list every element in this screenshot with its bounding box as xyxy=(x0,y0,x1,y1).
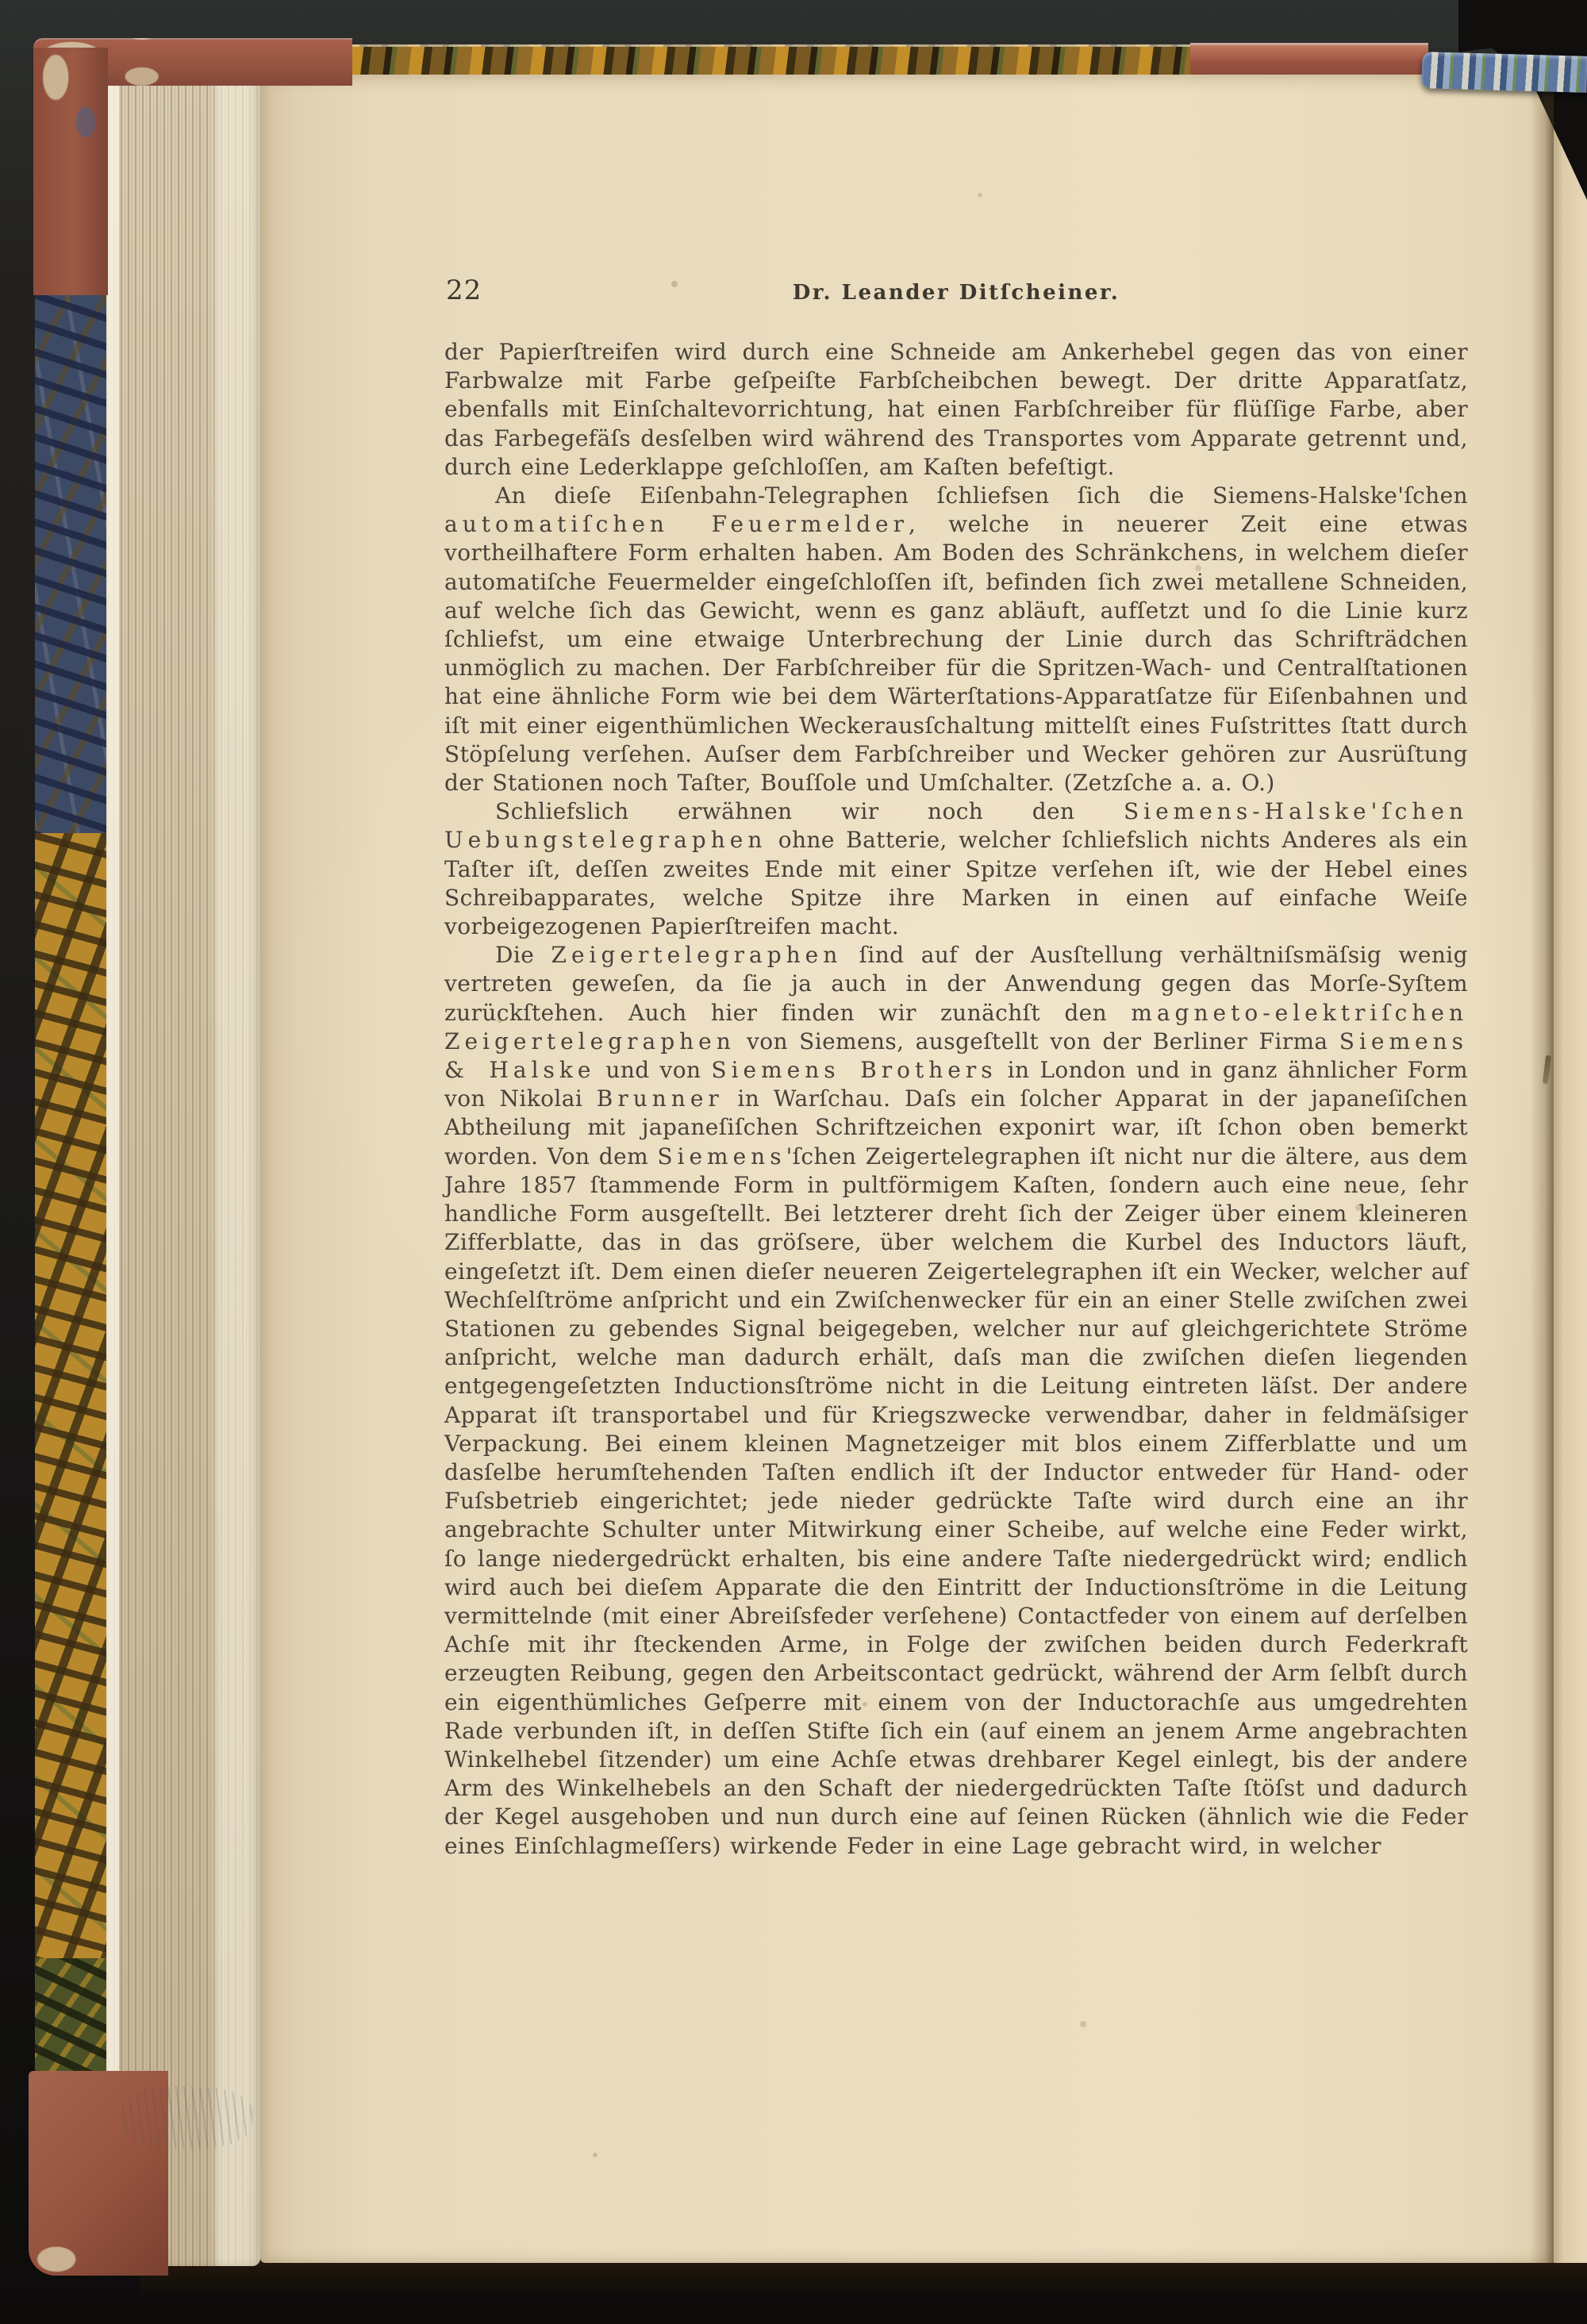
text-run: von Siemens, ausgeſtellt von der Berline… xyxy=(736,1028,1339,1054)
paragraph: An dieſe Eiſenbahn-Telegraphen ſchliefse… xyxy=(444,482,1468,797)
printed-page-content: 22 Dr. Leander Ditſcheiner. der Papierſt… xyxy=(444,275,1468,1861)
spine-headband xyxy=(1421,52,1587,93)
book-scan: { "scan": { "page_number": "22", "runnin… xyxy=(0,0,1587,2324)
text-run: , welche in neuerer Zeit eine etwas vort… xyxy=(444,511,1468,796)
leather-corner-top-left-side xyxy=(33,48,108,295)
text-run: An dieſe Eiſenbahn-Telegraphen ſchliefse… xyxy=(495,482,1468,509)
gutter-shadow xyxy=(1530,75,1554,2263)
running-title: Dr. Leander Ditſcheiner. xyxy=(444,281,1468,305)
paragraph: Schliefslich erwähnen wir noch den Sieme… xyxy=(444,797,1468,941)
fore-edge-pencil-marks xyxy=(119,2087,252,2149)
marbled-cover-left-edge-blue xyxy=(35,286,108,838)
paragraph: der Papierſtreifen wird durch eine Schne… xyxy=(444,338,1468,482)
text-run: und von xyxy=(595,1057,711,1083)
letterspaced-text-run: Zeigertelegraphen xyxy=(551,942,842,968)
text-run: Die xyxy=(495,942,551,968)
paragraph: Die Zeigertelegraphen ſind auf der Ausſt… xyxy=(444,941,1468,1861)
text-run: Schliefslich erwähnen wir noch den xyxy=(495,798,1124,824)
marbled-cover-left-edge-green xyxy=(35,1958,108,2079)
text-run: der Papierſtreifen wird durch eine Schne… xyxy=(444,339,1468,480)
paper-speckles xyxy=(260,75,263,78)
text-run: 'ſchen Zeigertelegraphen iſt nicht nur d… xyxy=(444,1143,1468,1859)
marbled-cover-left-edge-yellow xyxy=(35,833,108,1963)
letterspaced-text-run: automatiſchen Feuermelder xyxy=(444,511,909,537)
body-text: der Papierſtreifen wird durch eine Schne… xyxy=(444,338,1468,1861)
running-header: 22 Dr. Leander Ditſcheiner. xyxy=(444,275,1468,316)
page-stack-fore-edge xyxy=(106,70,260,2266)
letterspaced-text-run: Siemens Brothers xyxy=(711,1057,997,1083)
letterspaced-text-run: Siemens xyxy=(657,1143,786,1170)
facing-page-edge xyxy=(1554,84,1587,2263)
letterspaced-text-run: Brunner xyxy=(597,1085,724,1112)
